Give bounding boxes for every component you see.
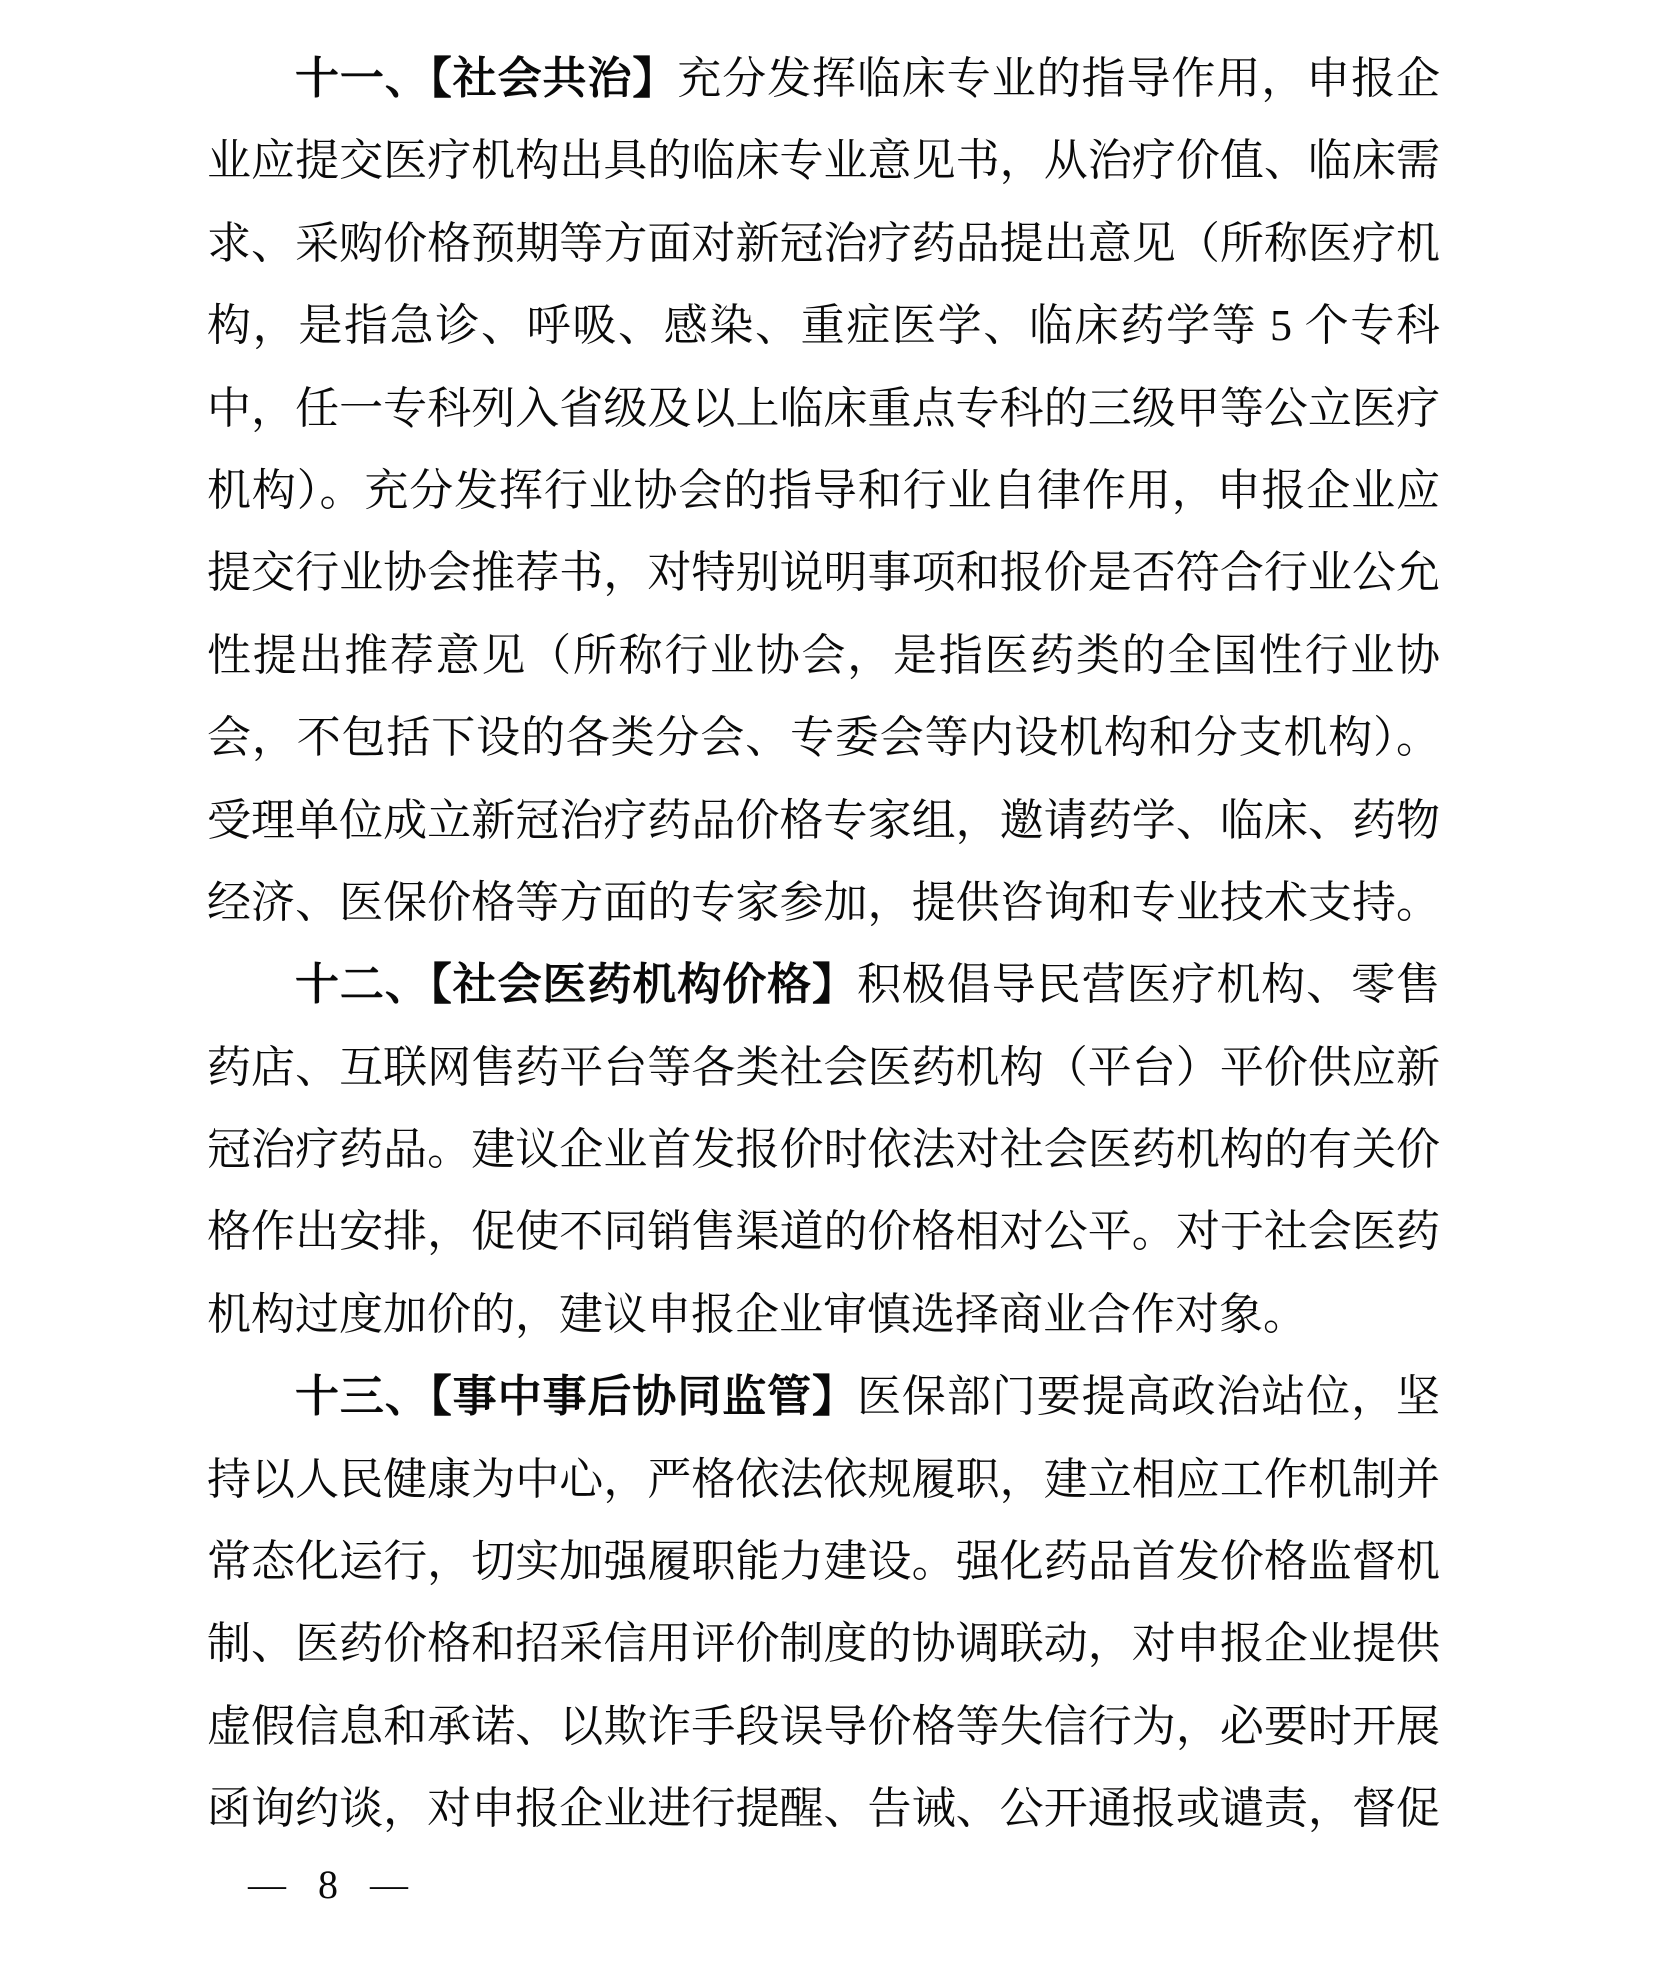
body-text: 机构）。充分发挥行业协会的指导和行业自律作用，申报企业应 [207,466,1440,515]
body-text: 积极倡导民营医疗机构、零售 [857,960,1440,1009]
paragraph-11-line: 业应提交医疗机构出具的临床专业意见书，从治疗价值、临床需 [207,120,1440,202]
body-text: 提交行业协会推荐书，对特别说明事项和报价是否符合行业公允 [207,548,1440,597]
paragraph-12-line: 格作出安排，促使不同销售渠道的价格相对公平。对于社会医药 [207,1191,1440,1273]
body-text: 性提出推荐意见（所称行业协会，是指医药类的全国性行业协 [207,631,1440,680]
page-footer: — 8 — [248,1862,408,1908]
paragraph-11-line: 机构）。充分发挥行业协会的指导和行业自律作用，申报企业应 [207,450,1440,532]
body-text: 虚假信息和承诺、以欺诈手段误导价格等失信行为，必要时开展 [207,1702,1440,1751]
section-12-heading: 十二、【社会医药机构价格】 [295,960,857,1009]
body-text: 充分发挥临床专业的指导作用，申报企 [677,54,1440,103]
document-body: 十一、【社会共治】充分发挥临床专业的指导作用，申报企 业应提交医疗机构出具的临床… [207,38,1440,1851]
paragraph-11-line: 性提出推荐意见（所称行业协会，是指医药类的全国性行业协 [207,615,1440,697]
body-text: 持以人民健康为中心，严格依法依规履职，建立相应工作机制并 [207,1455,1440,1504]
footer-dash-left: — [248,1862,286,1908]
paragraph-11-line: 会，不包括下设的各类分会、专委会等内设机构和分支机构）。 [207,697,1440,779]
section-11-heading: 十一、【社会共治】 [295,54,677,103]
body-text: 受理单位成立新冠治疗药品价格专家组，邀请药学、临床、药物 [207,796,1440,845]
paragraph-13-line: 十三、【事中事后协同监管】医保部门要提高政治站位，坚 [207,1356,1440,1438]
body-text: 机构过度加价的，建议申报企业审慎选择商业合作对象。 [207,1290,1307,1339]
paragraph-11-line: 经济、医保价格等方面的专家参加，提供咨询和专业技术支持。 [207,862,1440,944]
body-text: 业应提交医疗机构出具的临床专业意见书，从治疗价值、临床需 [207,136,1440,185]
paragraph-13-line: 持以人民健康为中心，严格依法依规履职，建立相应工作机制并 [207,1439,1440,1521]
paragraph-13-line: 函询约谈，对申报企业进行提醒、告诫、公开通报或谴责，督促 [207,1768,1440,1850]
paragraph-12-line: 十二、【社会医药机构价格】积极倡导民营医疗机构、零售 [207,944,1440,1026]
paragraph-12-line: 机构过度加价的，建议申报企业审慎选择商业合作对象。 [207,1274,1440,1356]
body-text: 会，不包括下设的各类分会、专委会等内设机构和分支机构）。 [207,713,1440,762]
body-text: 格作出安排，促使不同销售渠道的价格相对公平。对于社会医药 [207,1207,1440,1256]
footer-dash-right: — [370,1862,408,1908]
paragraph-11-line: 受理单位成立新冠治疗药品价格专家组，邀请药学、临床、药物 [207,780,1440,862]
document-page: 十一、【社会共治】充分发挥临床专业的指导作用，申报企 业应提交医疗机构出具的临床… [0,0,1654,1961]
paragraph-11-line: 中，任一专科列入省级及以上临床重点专科的三级甲等公立医疗 [207,368,1440,450]
body-text: 中，任一专科列入省级及以上临床重点专科的三级甲等公立医疗 [207,384,1440,433]
body-text: 求、采购价格预期等方面对新冠治疗药品提出意见（所称医疗机 [207,219,1440,268]
body-text: 药店、互联网售药平台等各类社会医药机构（平台）平价供应新 [207,1043,1440,1092]
paragraph-13-line: 制、医药价格和招采信用评价制度的协调联动，对申报企业提供 [207,1603,1440,1685]
body-text: 常态化运行，切实加强履职能力建设。强化药品首发价格监督机 [207,1537,1440,1586]
body-text: 制、医药价格和招采信用评价制度的协调联动，对申报企业提供 [207,1619,1440,1668]
paragraph-11-line: 构，是指急诊、呼吸、感染、重症医学、临床药学等 5 个专科 [207,285,1440,367]
paragraph-13-line: 常态化运行，切实加强履职能力建设。强化药品首发价格监督机 [207,1521,1440,1603]
body-text: 函询约谈，对申报企业进行提醒、告诫、公开通报或谴责，督促 [207,1784,1440,1833]
paragraph-11-line: 十一、【社会共治】充分发挥临床专业的指导作用，申报企 [207,38,1440,120]
body-text: 构，是指急诊、呼吸、感染、重症医学、临床药学等 5 个专科 [207,301,1440,350]
paragraph-13-line: 虚假信息和承诺、以欺诈手段误导价格等失信行为，必要时开展 [207,1686,1440,1768]
section-13-heading: 十三、【事中事后协同监管】 [295,1372,857,1421]
paragraph-12-line: 冠治疗药品。建议企业首发报价时依法对社会医药机构的有关价 [207,1109,1440,1191]
paragraph-11-line: 提交行业协会推荐书，对特别说明事项和报价是否符合行业公允 [207,532,1440,614]
body-text: 冠治疗药品。建议企业首发报价时依法对社会医药机构的有关价 [207,1125,1440,1174]
page-number: 8 [318,1862,338,1908]
body-text: 医保部门要提高政治站位，坚 [857,1372,1440,1421]
paragraph-12-line: 药店、互联网售药平台等各类社会医药机构（平台）平价供应新 [207,1027,1440,1109]
paragraph-11-line: 求、采购价格预期等方面对新冠治疗药品提出意见（所称医疗机 [207,203,1440,285]
body-text: 经济、医保价格等方面的专家参加，提供咨询和专业技术支持。 [207,878,1440,927]
